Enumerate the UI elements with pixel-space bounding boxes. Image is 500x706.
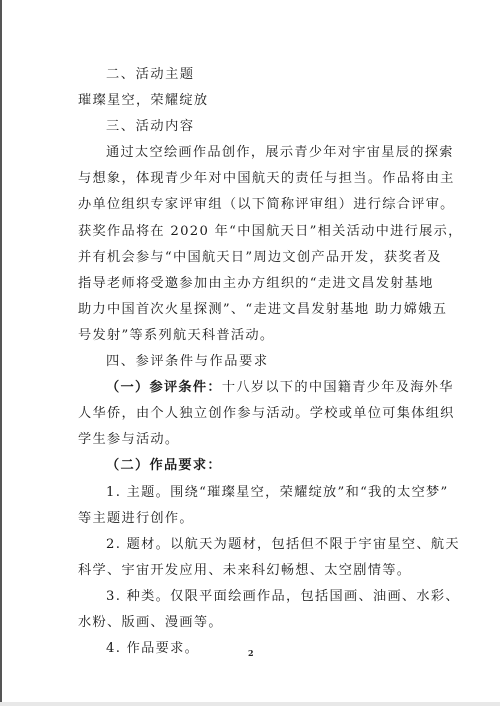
paragraph-line: 助力中国首次火星探测”、“走进文昌发射基地 助力嫦娥五 [78,297,430,323]
paragraph-line: 人华侨，由个人独立创作参与活动。学校或单位可集体组织 [78,401,430,427]
paragraph-line: 与想象，体现青少年对中国航天的责任与担当。作品将由主 [78,166,430,192]
paragraph-line: 获奖作品将在 2020 年“中国航天日”相关活动中进行展示， [78,219,430,245]
paragraph-line: 科学、宇宙开发应用、未来科幻畅想、太空剧情等。 [78,558,430,584]
list-item-subject: 2. 题材。以航天为题材，包括但不限于宇宙星空、航天 [78,532,430,558]
paragraph-line: 等主题进行创作。 [78,506,430,532]
list-item-work-requirements: 4. 作品要求。 [78,636,430,662]
paragraph-line: 号发射”等系列航天科普活动。 [78,323,430,349]
paragraph-line: 水粉、版画、漫画等。 [78,610,430,636]
list-item-type: 3. 种类。仅限平面绘画作品，包括国画、油画、水彩、 [78,584,430,610]
work-requirements-label: （二）作品要求： [106,458,222,473]
paragraph-line: 并有机会参与“中国航天日”周边文创产品开发，获奖者及 [78,245,430,271]
work-requirements-line: （二）作品要求： [78,453,430,479]
eligibility-label: （一）参评条件： [106,380,222,395]
eligibility-line: （一）参评条件：十八岁以下的中国籍青少年及海外华 [78,375,430,401]
list-item-theme: 1. 主题。围绕“璀璨星空，荣耀绽放”和“我的太空梦” [78,480,430,506]
eligibility-text: 十八岁以下的中国籍青少年及海外华 [222,380,454,395]
page-number: 2 [248,648,254,658]
page-content: 二、活动主题 璀璨星空，荣耀绽放 三、活动内容 通过太空绘画作品创作，展示青少年… [78,62,430,662]
section-heading-requirements: 四、参评条件与作品要求 [78,349,430,375]
section-heading-content: 三、活动内容 [78,114,430,140]
viewer-bottom-edge [0,702,500,706]
section-heading-theme: 二、活动主题 [78,62,430,88]
paragraph-line: 通过太空绘画作品创作，展示青少年对宇宙星辰的探索 [78,140,430,166]
theme-text: 璀璨星空，荣耀绽放 [78,88,430,114]
paragraph-line: 指导老师将受邀参加由主办方组织的“走进文昌发射基地 [78,271,430,297]
paragraph-line: 办单位组织专家评审组（以下简称评审组）进行综合评审。 [78,192,430,218]
paragraph-line: 学生参与活动。 [78,427,430,453]
document-page: 二、活动主题 璀璨星空，荣耀绽放 三、活动内容 通过太空绘画作品创作，展示青少年… [0,0,500,702]
